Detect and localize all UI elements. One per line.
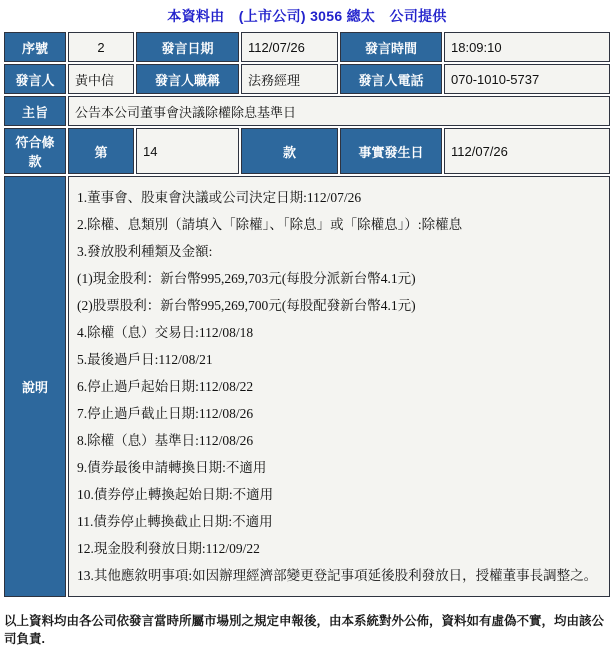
clause-label: 符合條款 [4,128,66,174]
article-prefix-label: 第 [68,128,134,174]
fact-date-value: 112/07/26 [444,128,610,174]
description-cell: 1.董事會、股東會決議或公司決定日期:112/07/26 2.除權、息類別（請填… [68,176,610,597]
description-line: 1.董事會、股東會決議或公司決定日期:112/07/26 [77,184,603,211]
announce-date-label: 發言日期 [136,32,239,62]
description-label: 說明 [4,176,66,597]
disclaimer-text: 以上資料均由各公司依發言當時所屬市場別之規定申報後，由本系統對外公佈，資料如有虛… [4,611,612,647]
announcement-page: 本資料由 (上市公司) 3056 總太 公司提供 序號 2 發言日期 112/0… [0,0,614,647]
speaker-title-label: 發言人職稱 [136,64,239,94]
announcement-table: 序號 2 發言日期 112/07/26 發言時間 18:09:10 發言人 黃中… [2,30,612,599]
provider-note: 本資料由 (上市公司) 3056 總太 公司提供 [0,0,614,30]
fact-date-label: 事實發生日 [340,128,442,174]
speaker-value: 黃中信 [68,64,134,94]
subject-value: 公告本公司董事會決議除權除息基準日 [68,96,610,126]
speaker-label: 發言人 [4,64,66,94]
description-line: 3.發放股利種類及金額: [77,238,603,265]
speaker-title-value: 法務經理 [241,64,338,94]
article-suffix-label: 款 [241,128,338,174]
announce-time-label: 發言時間 [340,32,442,62]
description-line: (2)股票股利：新台幣995,269,700元(每股配發新台幣4.1元) [77,292,603,319]
table-row-speaker: 發言人 黃中信 發言人職稱 法務經理 發言人電話 070-1010-5737 [4,64,610,94]
description-line: 2.除權、息類別（請填入「除權」、「除息」或「除權息」）:除權息 [77,211,603,238]
description-line: 6.停止過戶起始日期:112/08/22 [77,373,603,400]
article-number-value: 14 [136,128,239,174]
announce-time-value: 18:09:10 [444,32,610,62]
description-line: 8.除權（息）基準日:112/08/26 [77,427,603,454]
description-line: 10.債券停止轉換起始日期:不適用 [77,481,603,508]
sequence-label: 序號 [4,32,66,62]
table-row-sequence: 序號 2 發言日期 112/07/26 發言時間 18:09:10 [4,32,610,62]
description-line: 9.債券最後申請轉換日期:不適用 [77,454,603,481]
description-line: 5.最後過戶日:112/08/21 [77,346,603,373]
description-line: (1)現金股利：新台幣995,269,703元(每股分派新台幣4.1元) [77,265,603,292]
speaker-phone-value: 070-1010-5737 [444,64,610,94]
description-line: 11.債券停止轉換截止日期:不適用 [77,508,603,535]
speaker-phone-label: 發言人電話 [340,64,442,94]
table-row-clause: 符合條款 第 14 款 事實發生日 112/07/26 [4,128,610,174]
table-row-subject: 主旨 公告本公司董事會決議除權除息基準日 [4,96,610,126]
table-row-description: 說明 1.董事會、股東會決議或公司決定日期:112/07/26 2.除權、息類別… [4,176,610,597]
announce-date-value: 112/07/26 [241,32,338,62]
description-line: 12.現金股利發放日期:112/09/22 [77,535,603,562]
description-line: 13.其他應敘明事項:如因辦理經濟部變更登記事項延後股利發放日，授權董事長調整之… [77,562,603,589]
description-line: 7.停止過戶截止日期:112/08/26 [77,400,603,427]
sequence-value: 2 [68,32,134,62]
description-line: 4.除權（息）交易日:112/08/18 [77,319,603,346]
subject-label: 主旨 [4,96,66,126]
